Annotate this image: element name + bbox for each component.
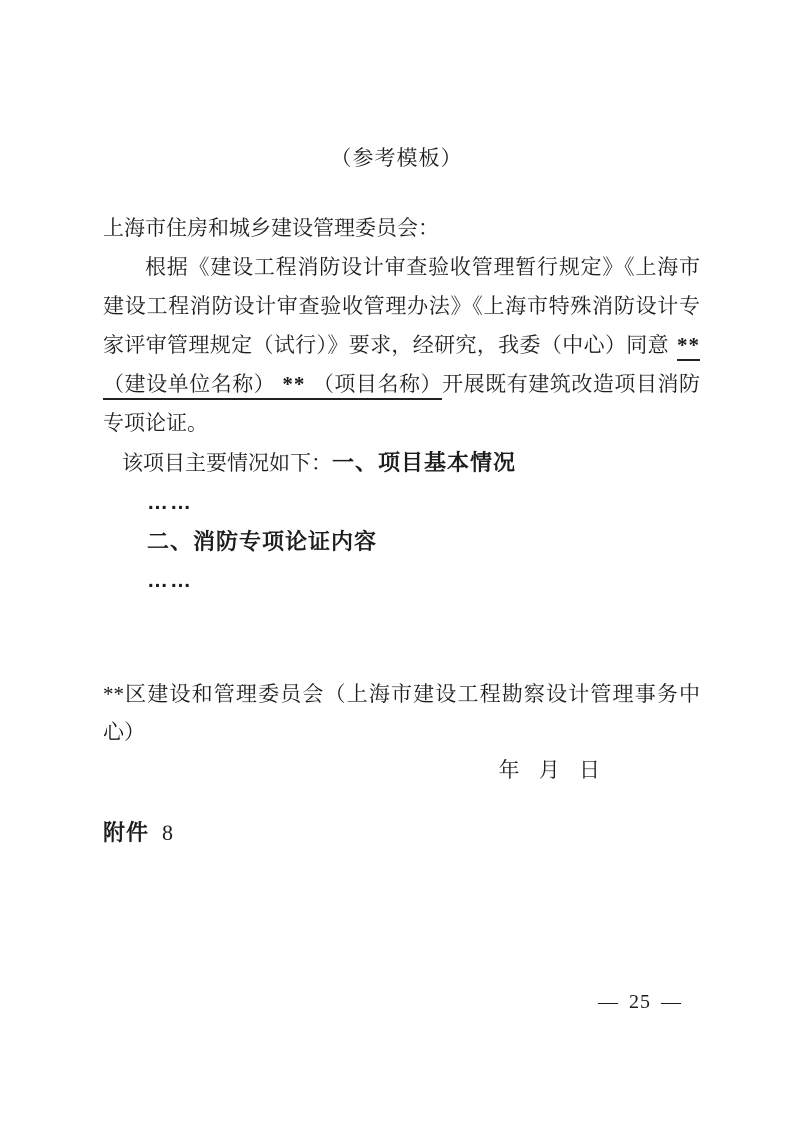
section-heading-one: 一、项目基本情况 <box>332 450 516 475</box>
signature-org-line-1: **区建设和管理委员会（上海市建设工程勘察设计管理事务中 <box>103 675 700 713</box>
paragraph-line-1: 根据《建设工程消防设计审查验收管理暂行规定》《上海市 <box>103 248 700 287</box>
page-number: — 25 — <box>598 991 682 1014</box>
paragraph-line-5: 专项论证。 <box>103 404 700 443</box>
section-intro-line: 该项目主要情况如下：一、项目基本情况 <box>103 443 700 483</box>
ellipsis-two: …… <box>103 561 700 600</box>
signature-block: **区建设和管理委员会（上海市建设工程勘察设计管理事务中 心） 年 月 日 <box>103 675 700 789</box>
paragraph-line-4: （建设单位名称）**（项目名称）开展既有建筑改造项目消防 <box>103 365 700 404</box>
document-page: （参考模板） 上海市住房和城乡建设管理委员会： 根据《建设工程消防设计审查验收管… <box>0 0 793 1122</box>
project-name-placeholder: （项目名称） <box>312 372 442 396</box>
blank-placeholder-stars: ** <box>282 372 305 396</box>
ellipsis-one: …… <box>103 483 700 522</box>
attachment-label: 附件 <box>103 820 149 845</box>
signature-date-line: 年 月 日 <box>103 751 700 789</box>
signature-org-line-2: 心） <box>103 713 700 751</box>
template-label: （参考模板） <box>0 0 793 173</box>
salutation: 上海市住房和城乡建设管理委员会： <box>103 209 700 248</box>
section-intro-text: 该项目主要情况如下： <box>122 451 332 475</box>
blank-placeholder-stars: ** <box>677 333 700 361</box>
paragraph-line-4-rest: 开展既有建筑改造项目消防 <box>442 372 700 396</box>
attachment-number: 8 <box>162 820 173 845</box>
attachment-heading: 附件8 <box>103 813 700 853</box>
paragraph-line-3: 家评审管理规定（试行）》要求，经研究，我委（中心）同意** <box>103 326 700 365</box>
builder-name-placeholder: （建设单位名称） <box>103 372 275 396</box>
underlined-fill-in-segment: （建设单位名称）**（项目名称） <box>103 372 442 400</box>
paragraph-line-3-text: 家评审管理规定（试行）》要求，经研究，我委（中心）同意 <box>103 333 669 357</box>
document-body: 上海市住房和城乡建设管理委员会： 根据《建设工程消防设计审查验收管理暂行规定》《… <box>103 209 700 600</box>
paragraph-line-2: 建设工程消防设计审查验收管理办法》《上海市特殊消防设计专 <box>103 287 700 326</box>
section-heading-two: 二、消防专项论证内容 <box>103 522 700 561</box>
